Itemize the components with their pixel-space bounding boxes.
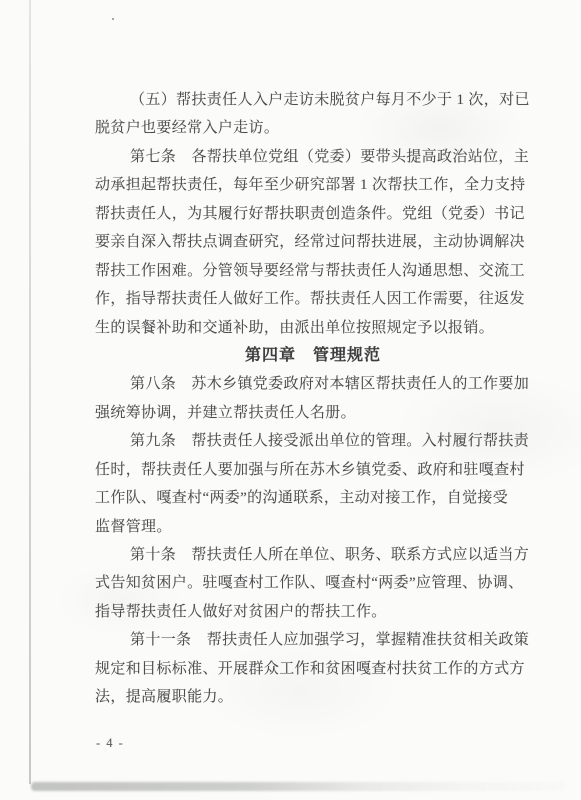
text-line: 要亲自深入帮扶点调查研究，经常过问帮扶进展，主动协调解决 — [95, 228, 531, 256]
text-line: （五）帮扶责任人入户走访未脱贫户每月不少于 1 次，对已 — [95, 86, 531, 114]
document-body: （五）帮扶责任人入户走访未脱贫户每月不少于 1 次，对已脱贫户也要经常入户走访。… — [95, 86, 531, 712]
text-line: 任时，帮扶责任人要加强与所在苏木乡镇党委、政府和驻嘎查村 — [95, 456, 531, 484]
text-line: 监督管理。 — [95, 513, 531, 541]
text-line: 法，提高履职能力。 — [95, 683, 531, 711]
text-line: 第十一条 帮扶责任人应加强学习，掌握精准扶贫相关政策 — [95, 626, 531, 654]
text-line: 脱贫户也要经常入户走访。 — [95, 114, 531, 142]
text-line: 作，指导帮扶责任人做好工作。帮扶责任人因工作需要，往返发 — [95, 285, 531, 313]
scan-speck — [112, 18, 114, 20]
scan-bottom-shadow — [31, 782, 566, 791]
scanned-document-page: （五）帮扶责任人入户走访未脱贫户每月不少于 1 次，对已脱贫户也要经常入户走访。… — [0, 0, 581, 800]
text-line: 帮扶责任人，为其履行好帮扶职责创造条件。党组（党委）书记 — [95, 200, 531, 228]
text-line: 第八条 苏木乡镇党委政府对本辖区帮扶责任人的工作要加 — [95, 370, 531, 398]
scan-left-edge-line — [29, 0, 31, 784]
chapter-heading: 第四章 管理规范 — [95, 342, 531, 370]
text-line: 规定和目标标准、开展群众工作和贫困嘎查村扶贫工作的方式方 — [95, 655, 531, 683]
text-line: 帮扶工作困难。分管领导要经常与帮扶责任人沟通思想、交流工 — [95, 257, 531, 285]
page-number: - 4 - — [96, 736, 124, 751]
text-line: 强统筹协调，并建立帮扶责任人名册。 — [95, 399, 531, 427]
text-line: 第七条 各帮扶单位党组（党委）要带头提高政治站位，主 — [95, 143, 531, 171]
text-line: 式告知贫困户。驻嘎查村工作队、嘎查村“两委”应管理、协调、 — [95, 569, 531, 597]
text-line: 指导帮扶责任人做好对贫困户的帮扶工作。 — [95, 598, 531, 626]
text-line: 生的误餐补助和交通补助，由派出单位按照规定予以报销。 — [95, 314, 531, 342]
text-line: 动承担起帮扶责任，每年至少研究部署 1 次帮扶工作，全力支持 — [95, 171, 531, 199]
text-line: 第十条 帮扶责任人所在单位、职务、联系方式应以适当方 — [95, 541, 531, 569]
text-line: 工作队、嘎查村“两委”的沟通联系，主动对接工作，自觉接受 — [95, 484, 531, 512]
text-line: 第九条 帮扶责任人接受派出单位的管理。入村履行帮扶责 — [95, 427, 531, 455]
